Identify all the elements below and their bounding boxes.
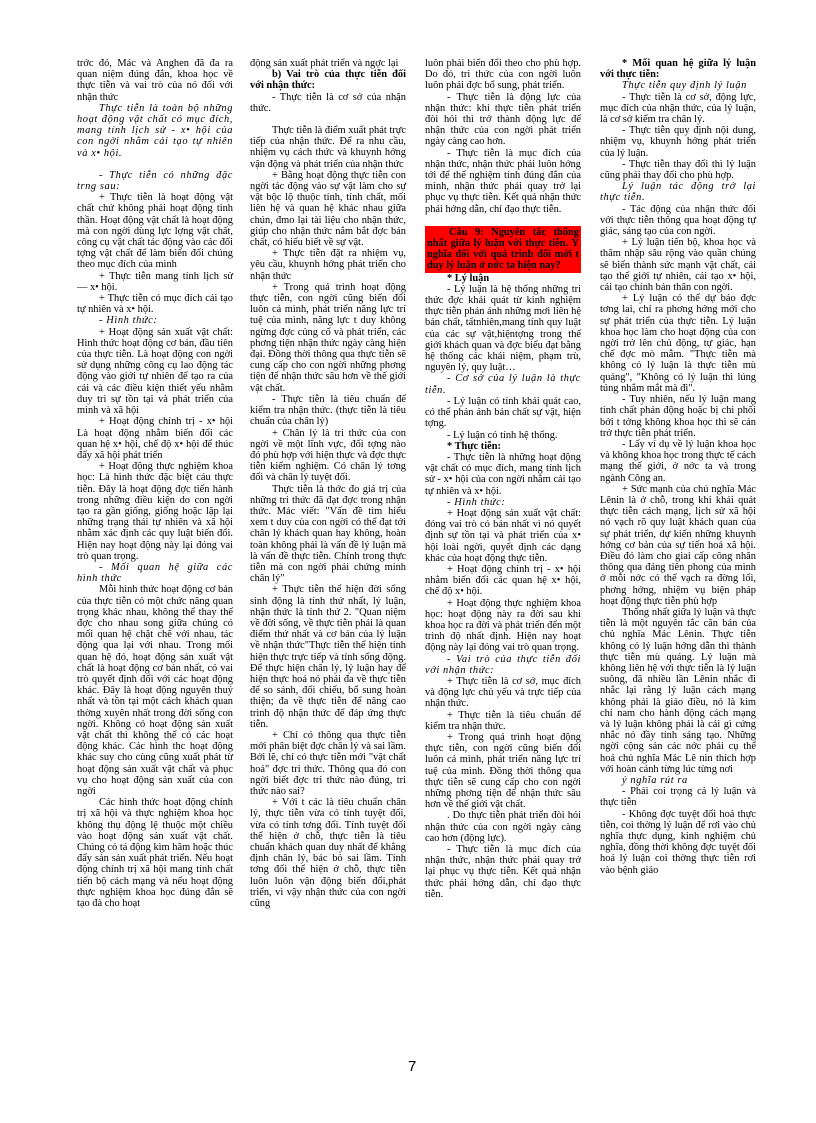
paragraph: + Hoạt động chính trị - x• hội Là hoạt đ…	[77, 416, 233, 461]
paragraph: - Thực tiễn thay đổi thì lý luận cũng ph…	[600, 159, 756, 181]
paragraph-spacer	[77, 159, 233, 170]
subsection-heading: - Thực tiễn có những đặc trng sau:	[77, 170, 233, 192]
text-column-1: trớc đó, Mác và Anghen đã đa ra quan niệ…	[77, 58, 233, 909]
paragraph: + Hoạt động thực nghiệm khoa học: Là hìn…	[77, 461, 233, 562]
subsection-heading: - Mối quan hệ giữa các hình thức	[77, 562, 233, 584]
paragraph: + Thực tiễn mang tính lịch sử — x• hội.	[77, 271, 233, 293]
paragraph: - Tuy nhiên, nếu lý luận mang tính chất …	[600, 394, 756, 439]
section-heading: * Thực tiễn:	[425, 441, 581, 452]
subsection-heading: ý nghĩa rút ra	[600, 775, 756, 786]
text-column-4: * Mối quan hệ giữa lý luận với thực tiễn…	[600, 58, 756, 876]
paragraph: + Thực tiễn có mục đích cải tạo tự nhiên…	[77, 293, 233, 315]
paragraph: - Thực tiễn là mục đích của nhận thức, n…	[425, 844, 581, 900]
paragraph: trớc đó, Mác và Anghen đã đa ra quan niệ…	[77, 58, 233, 103]
paragraph: + Bằng hoạt động thực tiễn con ngời tác …	[250, 170, 406, 248]
question-heading: Câu 9: Nguyên tắc thống nhất giữa lý luậ…	[425, 226, 581, 273]
paragraph: - Thực tiễn là cơ sở của nhận thức.	[250, 92, 406, 114]
page-number: 7	[408, 1058, 416, 1075]
subsection-heading: Thực tiễn quy định lý luận	[600, 80, 756, 91]
subsection-heading: - Hình thức:	[425, 497, 581, 508]
paragraph: - Phải coi trọng cả lý luận và thực tiễn	[600, 786, 756, 808]
paragraph: Các hình thức hoạt động chính trị xã hội…	[77, 797, 233, 909]
paragraph: + Hoạt động sản xuất vật chất: đóng vai …	[425, 508, 581, 564]
paragraph: - Thực tiễn là cơ sở, động lực, mục đích…	[600, 92, 756, 126]
document-page: trớc đó, Mác và Anghen đã đa ra quan niệ…	[0, 0, 816, 1123]
paragraph: + Thực tiễn là hoạt động vật chất chứ kh…	[77, 192, 233, 270]
text-column-3: luôn phải biến đổi theo cho phù hợp. Do …	[425, 58, 581, 900]
paragraph-spacer	[250, 114, 406, 125]
text-column-2: động sản xuất phát triển và ngợc lạib) V…	[250, 58, 406, 909]
subsection-heading: Lý luận tác động trở lại thực tiễn.	[600, 181, 756, 203]
paragraph: - Lý luận là hệ thống những tri thức đợc…	[425, 284, 581, 374]
paragraph: - Không đợc tuyệt đối hoá thực tiễn, coi…	[600, 809, 756, 876]
paragraph: + Thực tiễn là cơ sở, mục đích và động l…	[425, 676, 581, 710]
paragraph: - Lý luận có tính hệ thống.	[425, 430, 581, 441]
paragraph: + Thực tiễn đặt ra nhiệm vụ, yêu cầu, kh…	[250, 248, 406, 282]
paragraph: + Hoạt động sản xuất vật chất: Hình thức…	[77, 327, 233, 417]
paragraph: + Với t các là tiêu chuẩn chân lý, thực …	[250, 797, 406, 909]
paragraph: - Lý luận có tính khái quát cao, có thể …	[425, 396, 581, 430]
subsection-heading: - Hình thức:	[77, 315, 233, 326]
paragraph: động sản xuất phát triển và ngợc lại	[250, 58, 406, 69]
section-heading: b) Vai trò của thực tiễn đối với nhận th…	[250, 69, 406, 91]
paragraph: - Thực tiễn là động lực của nhận thức: k…	[425, 92, 581, 148]
paragraph: - Tác động của nhận thức đối với thực ti…	[600, 204, 756, 238]
paragraph: Thống nhất giữa lý luận và thực tiễn là …	[600, 607, 756, 775]
paragraph: + Lý luận có thể dự báo đợc tơng lai, ch…	[600, 293, 756, 394]
subsection-heading: - Vai trò của thực tiễn đối với nhận thứ…	[425, 654, 581, 676]
subsection-heading: - Cơ sở của lý luận là thực tiễn.	[425, 373, 581, 395]
paragraph: + Hoạt động thực nghiệm khoa học: hoạt đ…	[425, 598, 581, 654]
paragraph: Mỗi hình thức hoạt động cơ bản của thực …	[77, 584, 233, 797]
paragraph: - Thực tiễn là tiêu chuẩn để kiểm tra nh…	[250, 394, 406, 428]
paragraph: luôn phải biến đổi theo cho phù hợp. Do …	[425, 58, 581, 92]
paragraph: . Do thực tiễn phát triển đòi hỏi nhận t…	[425, 810, 581, 844]
paragraph: - Lấy ví dụ về lý luận khoa học và không…	[600, 439, 756, 484]
paragraph: + Trong quá trình hoạt động thực tiễn, c…	[250, 282, 406, 394]
paragraph: + Chân lý là tri thức của con ngời về mộ…	[250, 428, 406, 484]
paragraph: Thực tiễn là thớc đo giá trị của những t…	[250, 484, 406, 585]
paragraph: + Chỉ có thông qua thực tiễn mới phân bi…	[250, 730, 406, 797]
paragraph: + Hoạt động chính trị - x• hội nhằm biến…	[425, 564, 581, 598]
paragraph: + Lý luận tiến bộ, khoa học và thâm nhập…	[600, 237, 756, 293]
section-heading: * Mối quan hệ giữa lý luận với thực tiễn…	[600, 58, 756, 80]
paragraph: - Thực tiễn là mục đích của nhận thức, n…	[425, 148, 581, 215]
paragraph: - Thực tiễn là những hoạt động vật chất …	[425, 452, 581, 497]
section-heading: * Lý luận	[425, 273, 581, 284]
paragraph: + Thực tiễn là tiêu chuẩn để kiểm tra nh…	[425, 710, 581, 732]
paragraph: - Thực tiễn quy định nội dung, nhiệm vụ,…	[600, 125, 756, 159]
paragraph: Thực tiễn là điểm xuất phát trực tiếp củ…	[250, 125, 406, 170]
paragraph: + Thực tiễn thể hiện đời sống sinh động …	[250, 584, 406, 730]
subsection-heading: Thực tiễn là toàn bộ những hoạt động vật…	[77, 103, 233, 159]
paragraph-spacer	[425, 215, 581, 226]
paragraph: + Sức mạnh của chủ nghĩa Mác Lênin là ở …	[600, 484, 756, 607]
paragraph: + Trong quá trình hoạt động thực tiễn, c…	[425, 732, 581, 810]
